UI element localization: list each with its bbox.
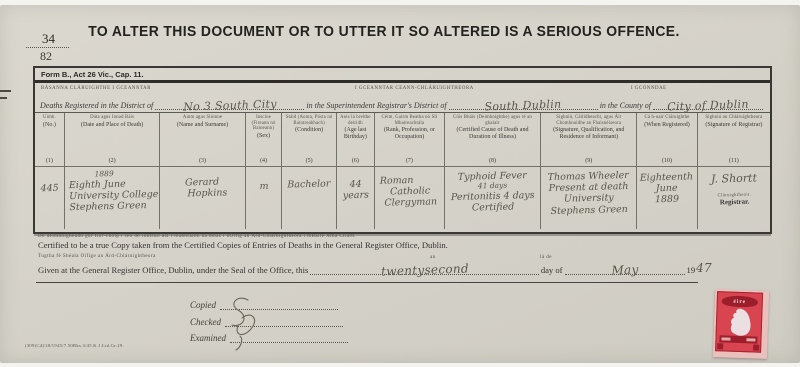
col-header-informant: Sighniú, Cáilidheacht, agus Áit Chomhnui… (541, 113, 637, 167)
cell-informant: Thomas Wheeler Present at death Universi… (541, 167, 637, 230)
col-header-age: Aois lá breithe deiridh(Age last Birthda… (336, 113, 374, 167)
col-number: (1) (36, 158, 63, 165)
stamp-corner-ornament (753, 344, 759, 350)
col-english: (No.) (36, 122, 63, 129)
stamp-country-band: éire (722, 295, 758, 307)
signature-rule (36, 282, 698, 283)
col-gaelic: Inscine (Fireann nó Baineann) (247, 115, 281, 132)
col-number: (9) (542, 158, 635, 165)
registered-year: 1889 (638, 194, 698, 207)
scan-edge-mark (0, 90, 11, 92)
surname: Hopkins (171, 187, 246, 200)
col-gaelic: Uimh. (36, 115, 63, 121)
registered-day: Eighteenth (637, 171, 697, 184)
col-english: (Signature of Registrar) (699, 122, 769, 129)
col-header-registered: Cá h-uair Cláruighthe(When Registered)(1… (637, 113, 697, 167)
copied-row: Copied (190, 300, 348, 310)
month-leader: May (565, 264, 685, 275)
col-number: (5) (283, 158, 334, 165)
district-value-handwritten: No 3 South City (183, 97, 277, 113)
registration-district-text: Deaths Registered in the District of No … (40, 100, 765, 110)
cell-rank: Roman Catholic Clergyman (375, 167, 445, 230)
entry-number: 445 (35, 183, 64, 195)
stamp-design: éire (715, 291, 763, 353)
county-leader: City of Dublin (653, 100, 763, 110)
eire-stamp: éire (713, 289, 769, 359)
col-header-rank: Céim, Gairm Beatha nó Slí Mhaireachtála(… (375, 113, 445, 167)
sex-value: m (246, 181, 282, 193)
examined-row: Examined (190, 333, 348, 343)
register-entry-row: 445 1889 Eighth June University College … (35, 167, 770, 230)
cell-registered: Eighteenth June 1889 (637, 167, 697, 230)
col-number: (10) (638, 158, 695, 165)
scan-edge-mark (0, 97, 7, 99)
col-gaelic: Cúis Bháis (Deimhnighthe) agus ré an gha… (446, 115, 539, 126)
col-english: (When Registered) (638, 122, 695, 129)
col-number: (8) (446, 158, 539, 165)
stamp-country-name: éire (733, 298, 746, 304)
col-english: (Sex) (247, 133, 281, 140)
form-reference: Form B., Act 26 Vic., Cap. 11. (35, 68, 770, 83)
cell-cause: Typhoid Fever 41 days Peritonitis 4 days… (444, 167, 540, 230)
col-number: (4) (247, 158, 281, 165)
cell-no: 445 (35, 167, 64, 230)
cell-condition: Bachelor (282, 167, 336, 230)
superintendent-label: in the Superintendent Registrar's Distri… (306, 101, 446, 110)
col-english: (Date and Place of Death) (66, 122, 159, 129)
death-place-line2: Stephens Green (69, 200, 160, 214)
certified-copy-line: Certified to be a true Copy taken from t… (38, 240, 448, 250)
col-header-condition: Stáid (Aonta, Pósta nó Baintreabhach)(Co… (282, 113, 336, 167)
col-gaelic: Dáta agus Ionad Báis (66, 115, 159, 121)
table-header-row: Uimh.(No.)(1) Dáta agus Ionad Báis(Date … (35, 113, 770, 167)
cell-date-place: 1889 Eighth June University College Step… (64, 167, 160, 230)
register-entry-box: Form B., Act 26 Vic., Cap. 11. Básanna C… (33, 66, 772, 234)
gaelic-county-label: i gConndae (631, 86, 667, 91)
registrar-english-label: Registrar. (698, 197, 771, 207)
col-english: (Condition) (283, 127, 334, 134)
col-header-cause: Cúis Bháis (Deimhnighthe) agus ré an gha… (444, 113, 540, 167)
col-gaelic: Céim, Gairm Beatha nó Slí Mhaireachtála (376, 115, 443, 126)
cause-line4: Certified (445, 201, 541, 215)
cell-sex: m (245, 167, 282, 230)
col-header-registrar: Sighniú an Chláruightheora(Signature of … (697, 113, 770, 167)
county-label: in the County of (600, 101, 651, 110)
col-number: (3) (161, 158, 243, 165)
copied-label: Copied (190, 300, 216, 310)
district-leader: No 3 South City (155, 100, 304, 110)
cell-registrar: J. Shortt Cláruightheoir. Registrar. (697, 167, 770, 230)
rank-line3: Clergyman (384, 197, 444, 210)
col-number: (2) (66, 158, 159, 165)
offence-notice: TO ALTER THIS DOCUMENT OR TO UTTER IT SO… (15, 24, 752, 40)
verification-block: Copied Checked Examined (190, 300, 348, 350)
examined-label: Examined (190, 333, 226, 343)
superintendent-leader: South Dublin (449, 100, 598, 110)
col-gaelic: Sighniú an Chláruightheora (699, 115, 769, 121)
gaelic-district-label: Básanna Cláruighthe i gCeanntar (41, 86, 151, 91)
county-value-handwritten: City of Dublin (667, 98, 749, 114)
col-gaelic: Stáid (Aonta, Pósta nó Baintreabhach) (283, 115, 334, 126)
reference-number-bottom: 82 (40, 49, 69, 64)
checked-row: Checked (190, 317, 348, 327)
district-label: Deaths Registered in the District of (40, 101, 153, 110)
col-english: (Rank, Profession, or Occupation) (376, 127, 443, 141)
clerk-initials-scribble (224, 292, 268, 354)
gaelic-superintendent-label: i gCeanntar Ceann-Chláruightheora (355, 86, 474, 91)
day-leader: twentysecond (310, 264, 539, 275)
day-of-label: day of (541, 265, 563, 275)
col-english: (Age last Birthday) (338, 127, 373, 141)
gaelic-an-label: an (430, 255, 436, 260)
printer-code: (309)C4218/1945/7.50Bks.3/45.K.J.Ltd.Gr.… (25, 343, 124, 348)
col-gaelic: Ainm agus Sloinne (161, 115, 243, 121)
col-header-no: Uimh.(No.)(1) (35, 113, 64, 167)
gaelic-la-label: lá de (540, 255, 552, 260)
year-value-handwritten: 47 (696, 261, 712, 275)
ireland-map-icon (728, 308, 753, 339)
given-text: Given at the General Register Office, Du… (38, 265, 308, 275)
registrar-signature: J. Shortt (697, 172, 770, 187)
cell-name: Gerard Hopkins (160, 167, 245, 230)
year-prefix: 19 (687, 265, 696, 275)
col-gaelic: Aois lá breithe deiridh (338, 115, 373, 126)
col-gaelic: Sighniú, Cáilidheacht, agus Áit Chomhnui… (542, 115, 635, 126)
col-number: (6) (338, 158, 373, 165)
col-number: (7) (376, 158, 443, 165)
col-header-name: Ainm agus Sloinne(Name and Surname)(3) (160, 113, 245, 167)
death-certificate-scan: 34 82 TO ALTER THIS DOCUMENT OR TO UTTER… (0, 0, 800, 367)
col-english: (Name and Surname) (161, 122, 243, 129)
stamp-value-band (719, 335, 757, 343)
death-register-table: Uimh.(No.)(1) Dáta agus Ionad Báis(Date … (35, 113, 770, 229)
gaelic-given-line: Tugtha fé Shéala Oifige an Árd-Chláruigh… (38, 254, 156, 259)
col-header-date-place: Dáta agus Ionad Báis(Date and Place of D… (64, 113, 160, 167)
stamp-corner-ornament (717, 343, 723, 349)
month-value-handwritten: May (611, 263, 639, 278)
superintendent-value-handwritten: South Dublin (484, 98, 561, 114)
checked-label: Checked (190, 317, 221, 327)
given-at-line: Given at the General Register Office, Du… (38, 261, 712, 275)
registration-district-line: Básanna Cláruighthe i gCeanntar i gCeann… (35, 83, 770, 113)
condition-value: Bachelor (282, 178, 336, 191)
cell-age: 44 years (336, 167, 374, 230)
col-number: (11) (699, 158, 769, 165)
col-english: (Certified Cause of Death and Duration o… (446, 127, 539, 141)
col-header-sex: Inscine (Fireann nó Baineann)(Sex)(4) (245, 113, 282, 167)
gaelic-certified-line: Do deimhnigheadh gur fíor-chóip í seo do… (38, 234, 356, 239)
col-gaelic: Cá h-uair Cláruighthe (638, 115, 695, 121)
col-english: (Signature, Qualification, and Residence… (542, 127, 635, 141)
informant-residence-line2: Stephens Green (541, 203, 637, 217)
age-unit: years (337, 190, 374, 202)
